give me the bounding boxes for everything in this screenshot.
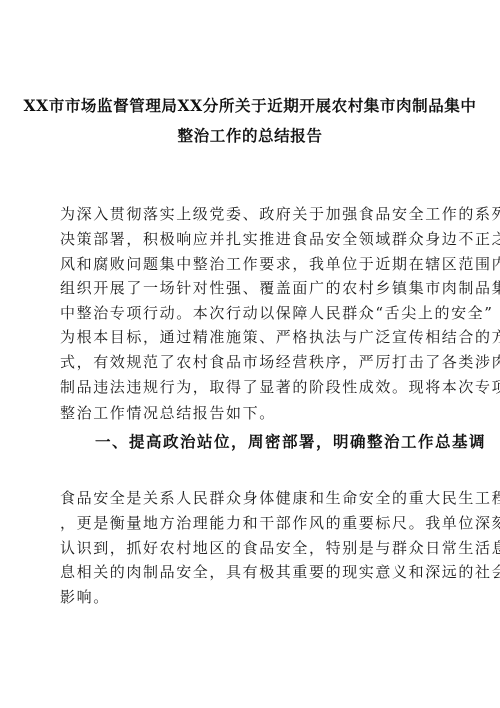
- paragraph-line: 食品安全是关系人民群众身体健康和生命安全的重大民生工程: [60, 487, 434, 508]
- document-page: XX市市场监督管理局XX分所关于近期开展农村集市肉制品集中 整治工作的总结报告 …: [0, 0, 500, 708]
- paragraph-line: 认识到，抓好农村地区的食品安全，特别是与群众日常生活息: [60, 537, 434, 558]
- paragraph-line: 为深入贯彻落实上级党委、政府关于加强食品安全工作的系列: [60, 203, 434, 224]
- paragraph-line: 制品违法违规行为，取得了显著的阶段性成效。现将本次专项: [60, 376, 434, 397]
- document-title-line-1: XX市市场监督管理局XX分所关于近期开展农村集市肉制品集中: [0, 94, 500, 116]
- paragraph-line: ，更是衡量地方治理能力和干部作风的重要标尺。我单位深刻: [60, 512, 434, 533]
- paragraph-line: 影响。: [60, 586, 434, 607]
- paragraph-line: 决策部署，积极响应并扎实推进食品安全领域群众身边不正之: [60, 228, 434, 249]
- document-title-line-2: 整治工作的总结报告: [0, 124, 500, 146]
- paragraph-line: 息相关的肉制品安全，具有极其重要的现实意义和深远的社会: [60, 561, 434, 582]
- paragraph-line: 整治工作情况总结报告如下。: [60, 402, 434, 423]
- paragraph-line: 风和腐败问题集中整治工作要求，我单位于近期在辖区范围内: [60, 253, 434, 274]
- paragraph-line: 组织开展了一场针对性强、覆盖面广的农村乡镇集市肉制品集: [60, 277, 434, 298]
- paragraph-line: 式，有效规范了农村食品市场经营秩序，严厉打击了各类涉肉: [60, 351, 434, 372]
- section-heading: 一、提高政治站位，周密部署，明确整治工作总基调: [95, 430, 486, 452]
- paragraph-line: 中整治专项行动。本次行动以保障人民群众“舌尖上的安全”: [60, 302, 434, 323]
- paragraph-line: 为根本目标，通过精准施策、严格执法与广泛宣传相结合的方: [60, 326, 434, 347]
